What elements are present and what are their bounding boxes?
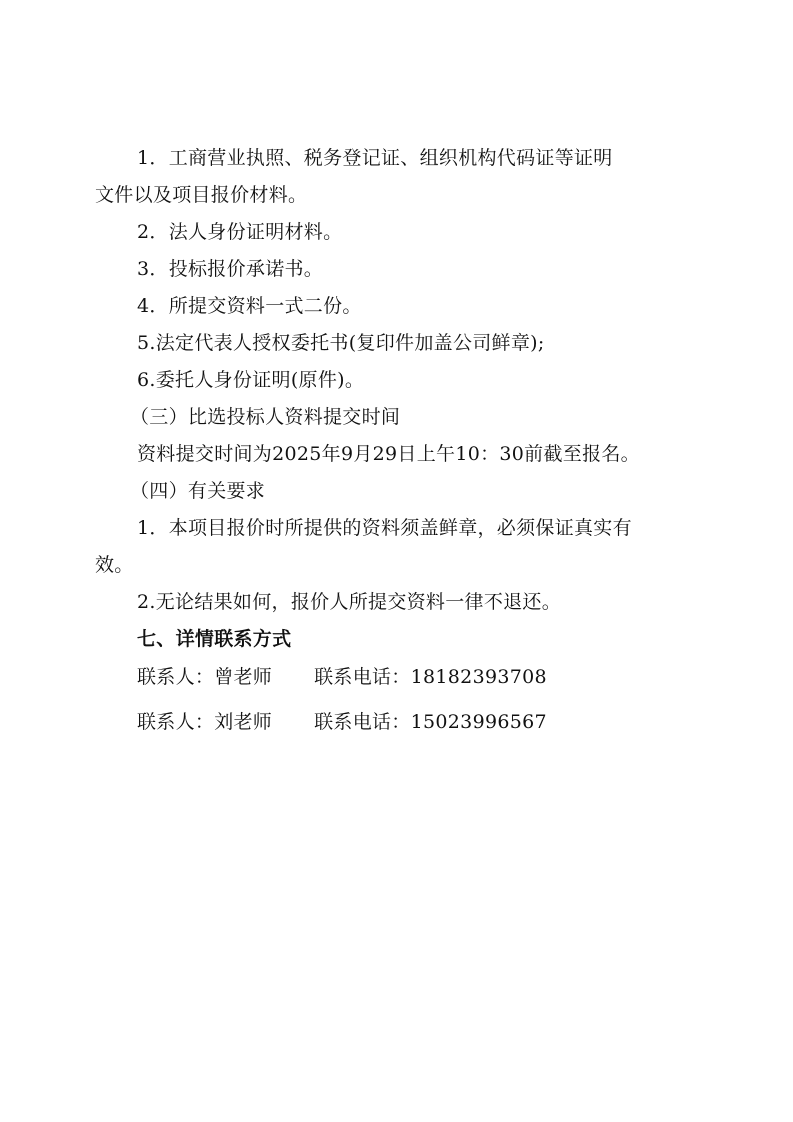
paragraph-line: 2．法人身份证明材料。: [137, 220, 342, 244]
contact-phone-label: 联系电话：: [314, 711, 411, 733]
contact-person-label: 联系人：: [137, 666, 214, 688]
paragraph-line: （四）有关要求: [130, 479, 265, 503]
contact-phone-label: 联系电话：: [314, 666, 411, 688]
paragraph-line: 3．投标报价承诺书。: [137, 257, 323, 281]
paragraph-line: 效。: [95, 553, 134, 577]
paragraph-line: （三）比选投标人资料提交时间: [130, 405, 400, 429]
paragraph-line: 6.委托人身份证明(原件)。: [137, 368, 364, 392]
section-heading-contact: 七、详情联系方式: [137, 627, 291, 651]
contact-phone-number: 18182393708: [411, 666, 547, 688]
paragraph-line: 资料提交时间为2025年9月29日上午10：30前截至报名。: [137, 442, 640, 466]
contact-person-name: 刘老师: [214, 711, 272, 733]
paragraph-line: 文件以及项目报价材料。: [95, 183, 307, 207]
contact-row: 联系人：曾老师联系电话：18182393708: [137, 665, 547, 689]
contact-phone-number: 15023996567: [411, 711, 547, 733]
paragraph-line: 5.法定代表人授权委托书(复印件加盖公司鲜章);: [137, 331, 545, 355]
paragraph-line: 2.无论结果如何，报价人所提交资料一律不退还。: [137, 590, 561, 614]
contact-person-label: 联系人：: [137, 711, 214, 733]
contact-person-name: 曾老师: [214, 666, 272, 688]
paragraph-line: 1．本项目报价时所提供的资料须盖鲜章，必须保证真实有: [137, 516, 632, 540]
contact-row: 联系人：刘老师联系电话：15023996567: [137, 710, 547, 734]
paragraph-line: 1．工商营业执照、税务登记证、组织机构代码证等证明: [137, 146, 613, 170]
paragraph-line: 4．所提交资料一式二份。: [137, 294, 362, 318]
